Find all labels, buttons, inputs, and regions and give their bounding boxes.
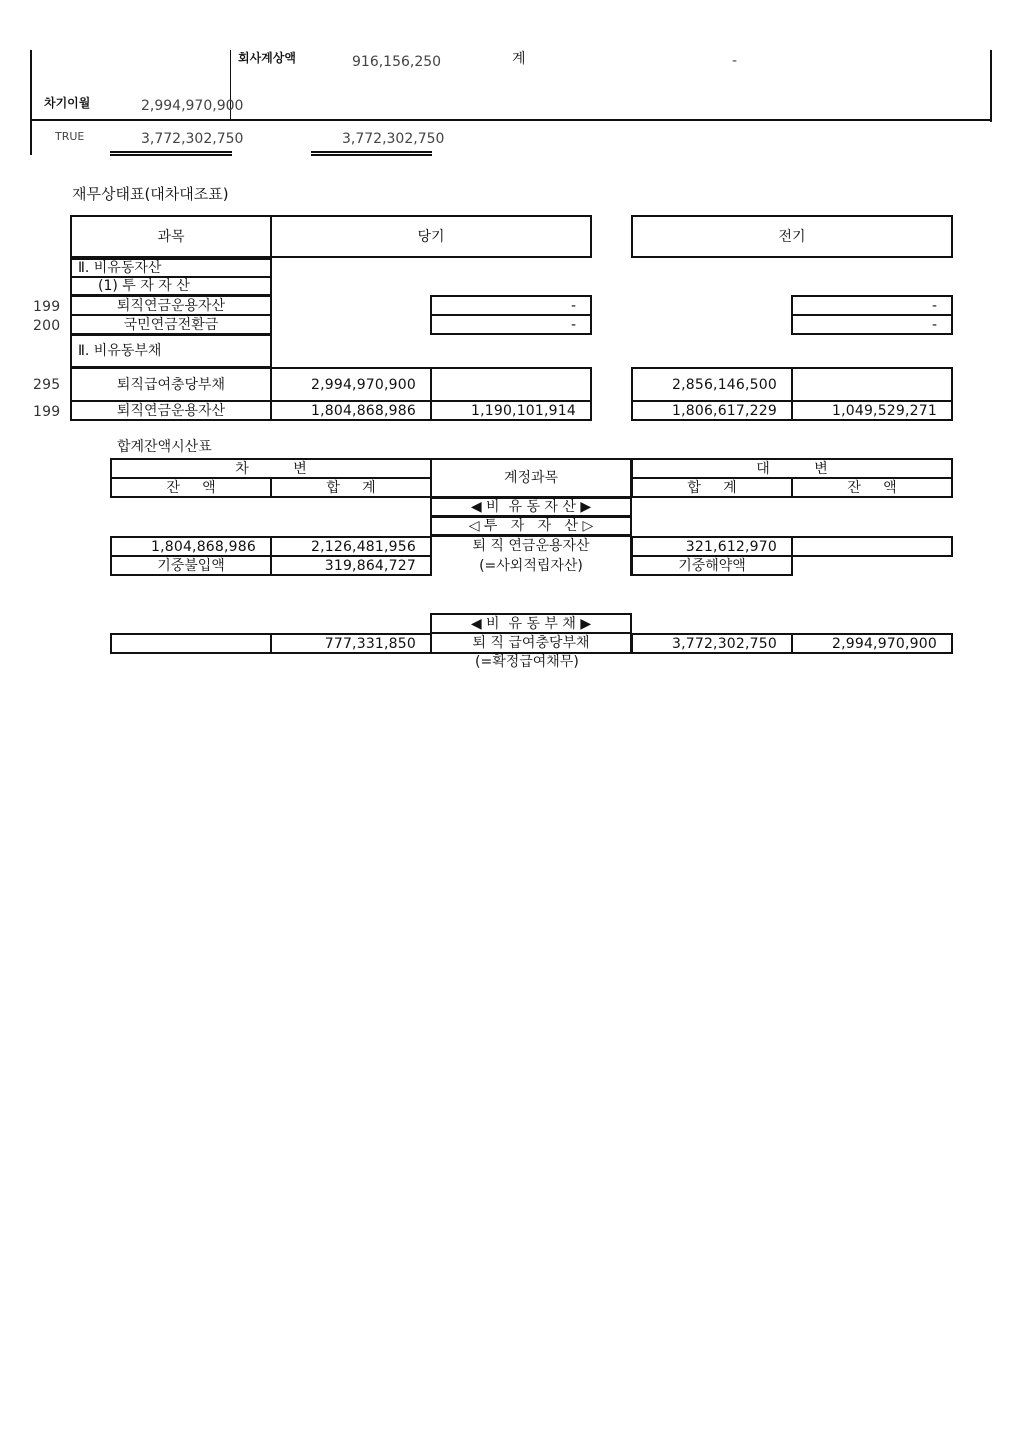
current-pension-assets: -: [430, 295, 592, 316]
row-noncurrent-liabilities: Ⅱ. 비유동부채: [70, 334, 272, 368]
value: -: [932, 299, 937, 313]
row-label: (1) 투 자 자 산: [98, 279, 190, 293]
value: -: [932, 318, 937, 332]
header-account-text: 과목: [157, 230, 184, 244]
value: 2,994,970,900: [832, 637, 937, 651]
right-rule: [990, 50, 992, 122]
header-text: 합 계: [687, 481, 736, 495]
section-investment-assets: ◁ 투 자 자 산 ▷: [430, 516, 632, 536]
row-label: 퇴직연금운용자산: [117, 299, 225, 313]
section-text: ◀ 비 유 동 자 산 ▶: [471, 500, 591, 514]
label-text: 기중불입액: [157, 559, 225, 573]
header-prior-text: 전기: [778, 230, 805, 244]
contribution-label: 기중불입액: [110, 555, 272, 576]
label-text: 기중해약액: [678, 559, 746, 573]
account-text: 퇴 직 연금운용자산: [472, 539, 589, 553]
header-text: 잔 액: [847, 481, 896, 495]
section-noncurrent-assets: ◀ 비 유 동 자 산 ▶: [430, 497, 632, 517]
value: 1,804,868,986: [151, 540, 256, 554]
left-rule: [30, 50, 32, 155]
pension-credit-balance: [791, 536, 953, 557]
code-295: 295: [33, 378, 60, 392]
current-national-pension: -: [430, 314, 592, 335]
value: -: [571, 318, 576, 332]
note-text: (=사외적립자산): [479, 559, 583, 573]
company-amount-value: 916,156,250: [352, 55, 441, 69]
section-noncurrent-liabilities: ◀ 비 유 동 부 채 ▶: [430, 613, 632, 634]
pension-debit-balance: 1,804,868,986: [110, 536, 272, 557]
row-label: Ⅱ. 비유동부채: [78, 344, 161, 358]
header-text: 차 변: [235, 462, 307, 476]
row-label: Ⅱ. 비유동자산: [78, 261, 161, 275]
value: 1,806,617,229: [672, 404, 777, 418]
current-retirement-liability: 2,994,970,900: [270, 367, 432, 402]
header-credit-total: 합 계: [631, 477, 793, 498]
prior-retirement-liability: 2,856,146,500: [631, 367, 793, 402]
liability-credit-balance: 2,994,970,900: [791, 633, 953, 654]
row-retirement-liability: 퇴직급여충당부채: [70, 367, 272, 402]
current-pension-assets-1: 1,804,868,986: [270, 400, 432, 421]
termination-label: 기중해약액: [631, 555, 793, 576]
header-credit-balance: 잔 액: [791, 477, 953, 498]
right-total: 3,772,302,750: [342, 132, 444, 146]
liability-account-note: (=확정급여채무): [475, 655, 579, 669]
trial-balance-title: 합계잔액시산표: [117, 440, 212, 454]
prior-pension-assets: -: [791, 295, 953, 316]
row-label: 퇴직급여충당부채: [117, 378, 225, 392]
header-credit: 대 변: [631, 458, 953, 479]
value: 2,994,970,900: [311, 378, 416, 392]
value: 2,126,481,956: [311, 540, 416, 554]
liability-account: 퇴 직 급여충당부채: [430, 632, 632, 654]
code-199: 199: [33, 300, 60, 314]
account-text: 퇴 직 급여충당부채: [472, 636, 589, 650]
value: 2,856,146,500: [672, 378, 777, 392]
header-text: 합 계: [326, 481, 375, 495]
row-national-pension: 국민연금전환금: [70, 314, 272, 335]
header-debit-balance: 잔 액: [110, 477, 272, 498]
header-debit-total: 합 계: [270, 477, 432, 498]
header-text: 대 변: [756, 462, 828, 476]
value: 3,772,302,750: [672, 637, 777, 651]
prior-pension-assets-net: 1,049,529,271: [791, 400, 953, 421]
value: 777,331,850: [325, 637, 416, 651]
value: 1,804,868,986: [311, 404, 416, 418]
prior-pension-assets-1: 1,806,617,229: [631, 400, 793, 421]
header-account-title: 계정과목: [430, 458, 632, 498]
company-amount-label: 회사계상액: [238, 52, 296, 64]
code-199b: 199: [33, 405, 60, 419]
value: 321,612,970: [686, 540, 777, 554]
row-pension-assets-2: 퇴직연금운용자산: [70, 400, 272, 421]
value: 1,190,101,914: [471, 404, 576, 418]
total-label: 계: [512, 52, 526, 66]
row-investment-assets: (1) 투 자 자 산: [70, 276, 272, 296]
pension-credit-total: 321,612,970: [631, 536, 793, 557]
header-current-text: 당기: [417, 230, 444, 244]
contribution-value: 319,864,727: [270, 555, 432, 576]
double-underline-left: [110, 151, 232, 156]
balance-sheet-title: 재무상태표(대차대조표): [72, 187, 229, 202]
liability-debit-total: 777,331,850: [270, 633, 432, 654]
value: -: [571, 299, 576, 313]
value: 319,864,727: [325, 559, 416, 573]
carry-forward-label: 차기이월: [44, 97, 90, 109]
row-noncurrent-assets: Ⅱ. 비유동자산: [70, 258, 272, 278]
carry-forward-value: 2,994,970,900: [141, 99, 243, 113]
pension-debit-total: 2,126,481,956: [270, 536, 432, 557]
code-200: 200: [33, 319, 60, 333]
value: 1,049,529,271: [832, 404, 937, 418]
row-pension-assets: 퇴직연금운용자산: [70, 295, 272, 316]
pension-account: 퇴 직 연금운용자산: [430, 535, 632, 555]
prior-retirement-liability-2: [791, 367, 953, 402]
pension-account-note: (=사외적립자산): [430, 555, 632, 576]
section-text: ◀ 비 유 동 부 채 ▶: [471, 617, 591, 631]
header-text: 잔 액: [166, 481, 215, 495]
header-current: 당기: [270, 215, 592, 258]
current-retirement-liability-2: [430, 367, 592, 402]
ledger-bottom-rule: [30, 119, 992, 121]
prior-national-pension: -: [791, 314, 953, 335]
section-text: ◁ 투 자 자 산 ▷: [469, 519, 594, 533]
liability-debit-balance: [110, 633, 272, 654]
row-label: 국민연금전환금: [124, 318, 219, 332]
left-total: 3,772,302,750: [141, 132, 243, 146]
header-account: 과목: [70, 215, 272, 258]
row-label: 퇴직연금운용자산: [117, 404, 225, 418]
double-underline-right: [311, 151, 432, 156]
header-debit: 차 변: [110, 458, 432, 479]
current-pension-assets-net: 1,190,101,914: [430, 400, 592, 421]
header-text: 계정과목: [504, 471, 558, 485]
header-prior: 전기: [631, 215, 953, 258]
check-label: TRUE: [55, 131, 84, 142]
liability-credit-total: 3,772,302,750: [631, 633, 793, 654]
total-value: -: [732, 54, 737, 68]
